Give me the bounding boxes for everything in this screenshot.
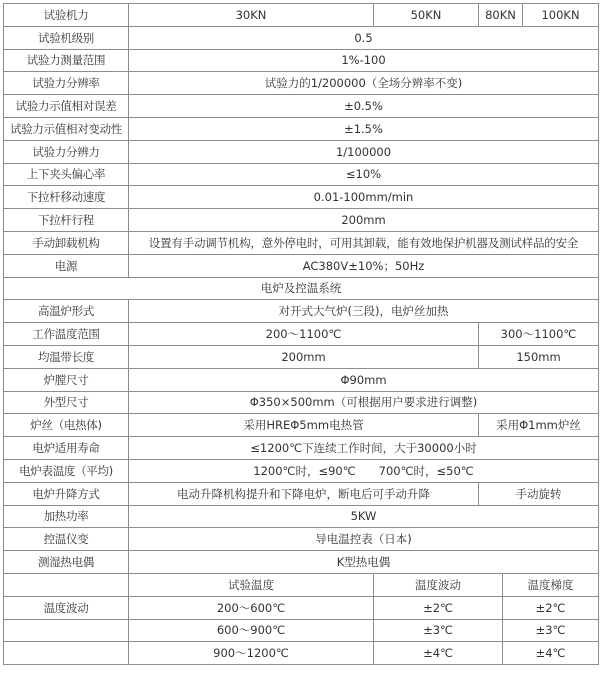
header-gradient: 温度梯度: [503, 573, 599, 596]
model-80kn: 80KN: [479, 4, 523, 27]
empty-cell: [4, 619, 129, 642]
table-row: 试验力示值相对变动性 ±1.5%: [4, 117, 599, 140]
table-row: 试验力分辨力 1/100000: [4, 140, 599, 163]
row-label: 高温炉形式: [4, 300, 129, 323]
table-row: 电炉适用寿命 ≤1200℃下连续工作时间，大于30000小时: [4, 437, 599, 460]
model-100kn: 100KN: [523, 4, 599, 27]
row-value: K型热电偶: [129, 551, 599, 574]
row-label: 测湿热电偶: [4, 551, 129, 574]
temp-fluctuation: ±2℃: [374, 596, 503, 619]
table-row: 加热功率 5KW: [4, 505, 599, 528]
row-value: 0.01-100mm/min: [129, 186, 599, 209]
row-value: AC380V±10%；50Hz: [129, 254, 599, 277]
row-label: 炉膛尺寸: [4, 368, 129, 391]
row-value: 试验力的1/200000（全场分辨率不变): [129, 72, 599, 95]
table-row: 试验力分辨率 试验力的1/200000（全场分辨率不变): [4, 72, 599, 95]
table-row: 测湿热电偶 K型热电偶: [4, 551, 599, 574]
row-label: 下拉杆行程: [4, 209, 129, 232]
row-value: ±1.5%: [129, 117, 599, 140]
table-row: 电源 AC380V±10%；50Hz: [4, 254, 599, 277]
temp-fluctuation: ±3℃: [374, 619, 503, 642]
row-value: 1%-100: [129, 49, 599, 72]
row-label: 外型尺寸: [4, 391, 129, 414]
table-row: 试验力测量范围 1%-100: [4, 49, 599, 72]
temp-gradient: ±3℃: [503, 619, 599, 642]
row-label: 手动卸载机构: [4, 231, 129, 254]
fluctuation-row: 温度波动 200～600℃ ±2℃ ±2℃: [4, 596, 599, 619]
test-temp: 600～900℃: [129, 619, 374, 642]
temp-gradient: ±4℃: [503, 642, 599, 665]
table-row: 均温带长度 200mm 150mm: [4, 345, 599, 368]
table-row: 炉膛尺寸 Φ90mm: [4, 368, 599, 391]
row-label: 均温带长度: [4, 345, 129, 368]
table-row: 试验力示值相对误差 ±0.5%: [4, 95, 599, 118]
row-label: 试验力示值相对误差: [4, 95, 129, 118]
test-temp: 200～600℃: [129, 596, 374, 619]
row-value: 设置有手动调节机构，意外停电时，可用其卸载，能有效地保护机器及测试样品的安全: [129, 231, 599, 254]
row-value-b: 手动旋转: [479, 482, 599, 505]
fluctuation-row: 600～900℃ ±3℃ ±3℃: [4, 619, 599, 642]
section-title-row: 电炉及控温系统: [4, 277, 599, 300]
table-row: 试验机级别 0.5: [4, 26, 599, 49]
table-row: 下拉杆行程 200mm: [4, 209, 599, 232]
row-label: 上下夹头偏心率: [4, 163, 129, 186]
row-label: 试验力示值相对变动性: [4, 117, 129, 140]
table-row: 工作温度范围 200～1100℃ 300～1100℃: [4, 323, 599, 346]
row-value: 0.5: [129, 26, 599, 49]
table-row: 控温仪变 导电温控表（日本): [4, 528, 599, 551]
row-label: 下拉杆移动速度: [4, 186, 129, 209]
row-label: 控温仪变: [4, 528, 129, 551]
capacity-row: 试验机力 30KN 50KN 80KN 100KN: [4, 4, 599, 27]
section-title: 电炉及控温系统: [4, 277, 599, 300]
header-fluctuation: 温度波动: [374, 573, 503, 596]
row-value: 对开式大气炉(三段)，电炉丝加热: [129, 300, 599, 323]
row-value: ±0.5%: [129, 95, 599, 118]
row-value: 导电温控表（日本): [129, 528, 599, 551]
row-label: 电炉表温度（平均): [4, 459, 129, 482]
row-value: 1/100000: [129, 140, 599, 163]
header-test-temp: 试验温度: [129, 573, 374, 596]
table-row: 炉丝（电热体) 采用HREΦ5mm电热管 采用Φ1mm炉丝: [4, 414, 599, 437]
table-row: 上下夹头偏心率 ≤10%: [4, 163, 599, 186]
row-label: 试验机力: [4, 4, 129, 27]
row-label: 电源: [4, 254, 129, 277]
row-label: 试验机级别: [4, 26, 129, 49]
row-value-b: 150mm: [479, 345, 599, 368]
row-value: 1200℃时，≤90℃ 700℃时，≤50℃: [129, 459, 599, 482]
row-value: ≤1200℃下连续工作时间，大于30000小时: [129, 437, 599, 460]
empty-cell: [4, 642, 129, 665]
table-row: 高温炉形式 对开式大气炉(三段)，电炉丝加热: [4, 300, 599, 323]
temp-fluctuation: ±4℃: [374, 642, 503, 665]
empty-cell: [4, 573, 129, 596]
table-row: 电炉升降方式 电动升降机构提升和下降电炉，断电后可手动升降 手动旋转: [4, 482, 599, 505]
row-label: 电炉适用寿命: [4, 437, 129, 460]
row-value: 200mm: [129, 209, 599, 232]
row-value: Φ350×500mm（可根据用户要求进行调整): [129, 391, 599, 414]
table-row: 电炉表温度（平均) 1200℃时，≤90℃ 700℃时，≤50℃: [4, 459, 599, 482]
model-50kn: 50KN: [374, 4, 479, 27]
row-value-b: 采用Φ1mm炉丝: [479, 414, 599, 437]
temp-gradient: ±2℃: [503, 596, 599, 619]
row-value: Φ90mm: [129, 368, 599, 391]
row-label: 加热功率: [4, 505, 129, 528]
row-value-a: 电动升降机构提升和下降电炉，断电后可手动升降: [129, 482, 479, 505]
row-label: 工作温度范围: [4, 323, 129, 346]
fluctuation-row: 900～1200℃ ±4℃ ±4℃: [4, 642, 599, 665]
row-value: 5KW: [129, 505, 599, 528]
table-row: 外型尺寸 Φ350×500mm（可根据用户要求进行调整): [4, 391, 599, 414]
row-label: 炉丝（电热体): [4, 414, 129, 437]
table-row: 手动卸载机构 设置有手动调节机构，意外停电时，可用其卸载，能有效地保护机器及测试…: [4, 231, 599, 254]
row-value-a: 采用HREΦ5mm电热管: [129, 414, 479, 437]
row-label: 试验力分辨率: [4, 72, 129, 95]
test-temp: 900～1200℃: [129, 642, 374, 665]
row-label: 试验力测量范围: [4, 49, 129, 72]
row-value: ≤10%: [129, 163, 599, 186]
spec-table: 试验机力 30KN 50KN 80KN 100KN 试验机级别 0.5 试验力测…: [3, 3, 599, 665]
table-row: 下拉杆移动速度 0.01-100mm/min: [4, 186, 599, 209]
model-30kn: 30KN: [129, 4, 374, 27]
row-label: 电炉升降方式: [4, 482, 129, 505]
fluctuation-header-row: 试验温度 温度波动 温度梯度: [4, 573, 599, 596]
row-label: 试验力分辨力: [4, 140, 129, 163]
row-value-b: 300～1100℃: [479, 323, 599, 346]
row-label: 温度波动: [4, 596, 129, 619]
row-value-a: 200mm: [129, 345, 479, 368]
row-value-a: 200～1100℃: [129, 323, 479, 346]
